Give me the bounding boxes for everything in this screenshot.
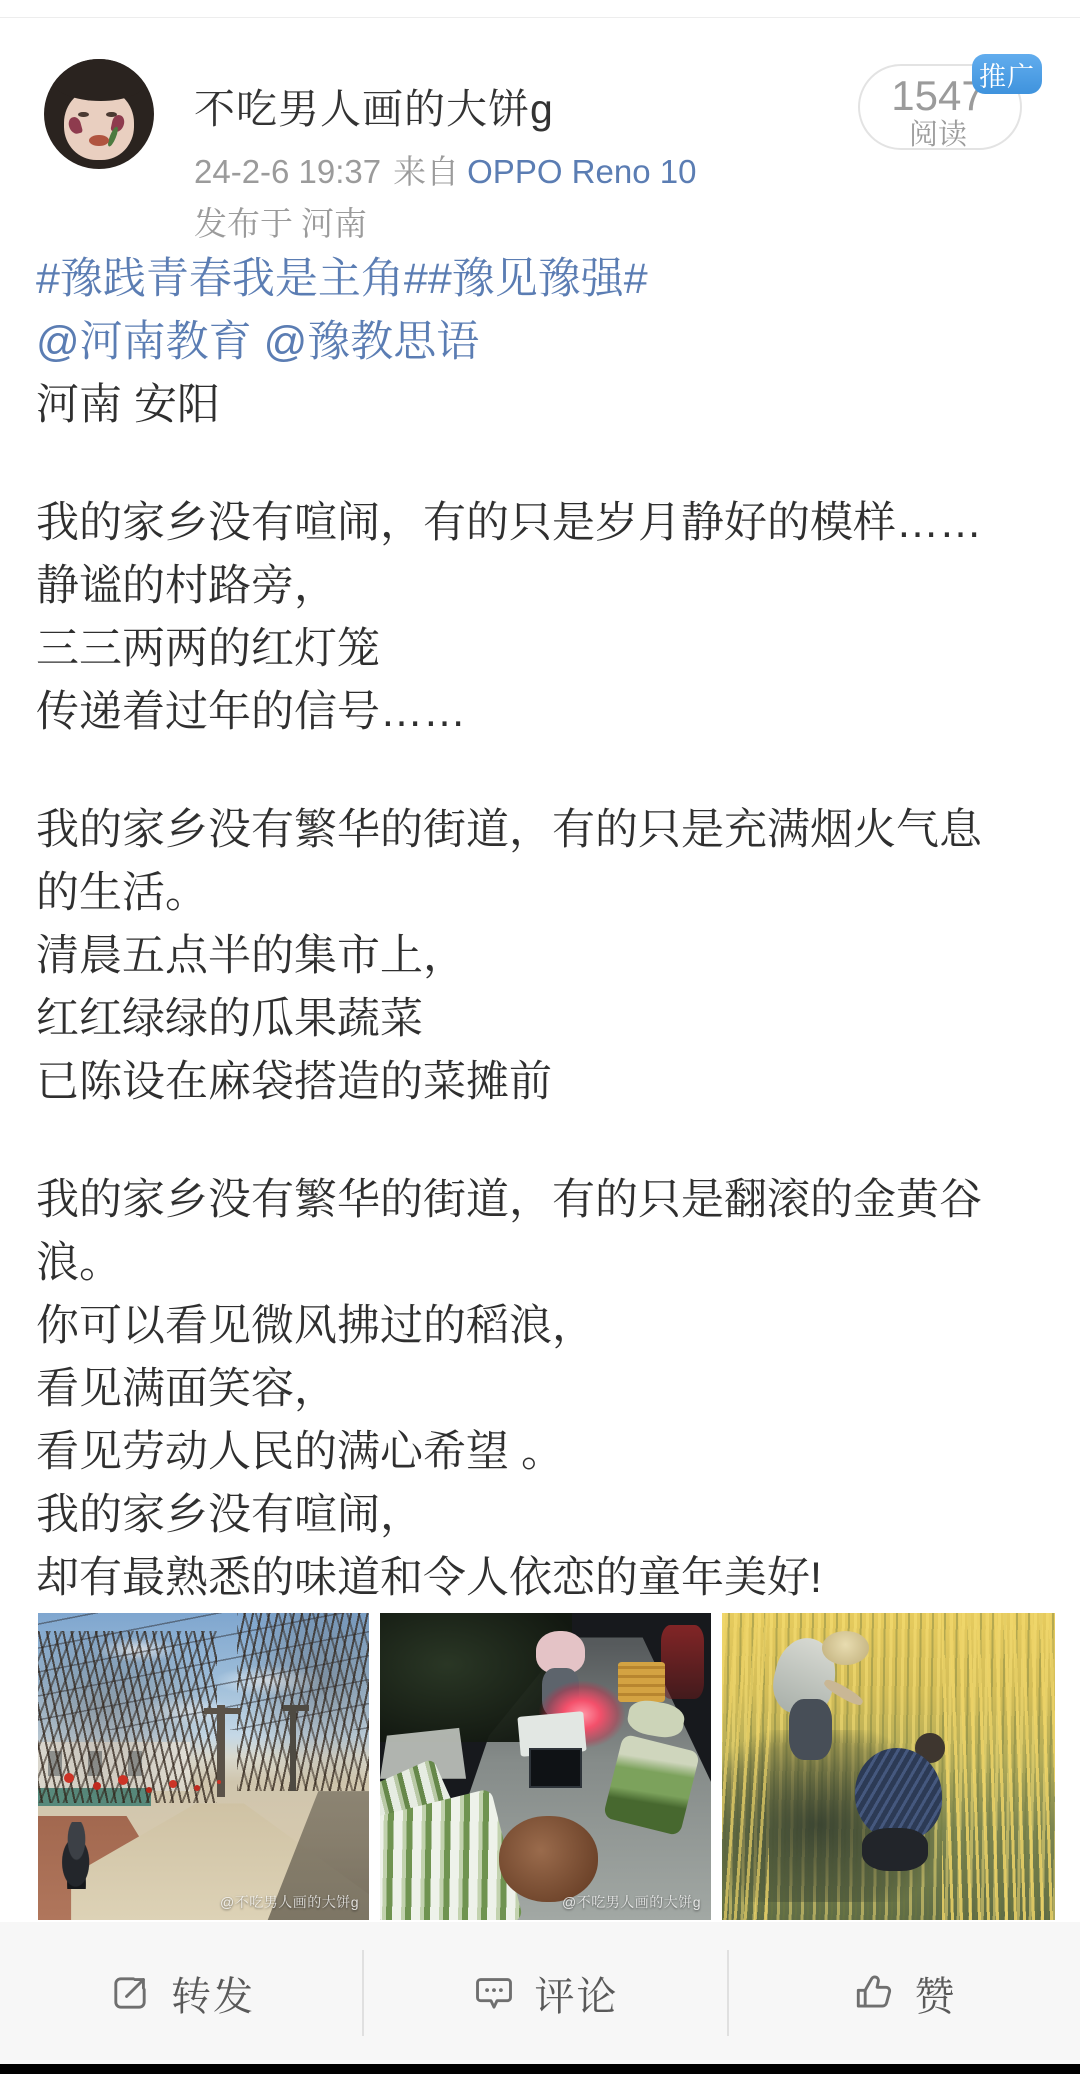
avatar-lips bbox=[89, 135, 109, 146]
reads-label: 阅读 bbox=[860, 121, 1016, 150]
post-text: #豫践青春我是主角##豫见豫强#@河南教育 @豫教思语河南 安阳我的家乡没有喧闹… bbox=[36, 248, 1044, 1610]
action-bar-divider bbox=[727, 1950, 729, 2036]
location-value: 河南 bbox=[301, 205, 367, 242]
comment-button[interactable]: 评论 bbox=[362, 1922, 727, 2064]
post-link-line[interactable]: #豫践青春我是主角##豫见豫强# bbox=[36, 248, 1044, 311]
like-icon bbox=[851, 1970, 897, 2016]
action-bar: 转发 评论 赞 bbox=[0, 1922, 1080, 2064]
timestamp: 24-2-6 19:37 bbox=[194, 153, 381, 190]
location-label: 发布于 bbox=[194, 205, 293, 242]
repost-label: 转发 bbox=[171, 1965, 255, 2022]
promoted-tag: 推广 bbox=[972, 54, 1042, 94]
post-text-line: 传递着过年的信号…… bbox=[36, 681, 1044, 744]
post-link-line[interactable]: @河南教育 @豫教思语 bbox=[36, 311, 1044, 374]
post-text-line: 我的家乡没有喧闹， bbox=[36, 1484, 1044, 1547]
tall-rice-stalks bbox=[942, 1613, 1055, 1920]
repost-button[interactable]: 转发 bbox=[0, 1922, 362, 2064]
source-device-link[interactable]: OPPO Reno 10 bbox=[467, 153, 696, 190]
post-blank-line bbox=[36, 744, 1044, 799]
utility-pole-crossarm bbox=[204, 1708, 240, 1714]
photo-watermark: @不吃男人画的大饼g bbox=[220, 1892, 359, 1912]
post-text-line: 我的家乡没有喧闹，有的只是岁月静好的模样…… bbox=[36, 492, 1044, 555]
street-lamp bbox=[290, 1705, 297, 1791]
potato-pile bbox=[499, 1816, 598, 1902]
post-image-village-street[interactable]: @不吃男人画的大饼g bbox=[38, 1613, 369, 1920]
post-text-line: 清晨五点半的集市上， bbox=[36, 925, 1044, 988]
post-text-line: 我的家乡没有繁华的街道，有的只是充满烟火气息 bbox=[36, 799, 1044, 862]
avatar[interactable] bbox=[44, 59, 154, 169]
post-text-line: 的生活。 bbox=[36, 862, 1044, 925]
tall-rice-stalks bbox=[722, 1613, 769, 1920]
post-text-line: 静谧的村路旁， bbox=[36, 555, 1044, 618]
straw-hat bbox=[822, 1631, 869, 1665]
post-blank-line bbox=[36, 1114, 1044, 1169]
farmer-crouching bbox=[855, 1748, 942, 1840]
post-text-line: 看见满面笑容， bbox=[36, 1358, 1044, 1421]
post-text-line: 却有最熟悉的味道和令人依恋的童年美好! bbox=[36, 1547, 1044, 1610]
username[interactable]: 不吃男人画的大饼g bbox=[194, 76, 554, 135]
post-text-line: 看见劳动人民的满心希望 。 bbox=[36, 1421, 1044, 1484]
post-text-line: 已陈设在麻袋搭造的菜摊前 bbox=[36, 1051, 1044, 1114]
weibo-post-card: 不吃男人画的大饼g 24-2-6 19:37来自OPPO Reno 10 发布于… bbox=[0, 0, 1080, 2074]
top-divider bbox=[0, 17, 1080, 18]
bare-trees bbox=[237, 1613, 369, 1791]
post-meta: 24-2-6 19:37来自OPPO Reno 10 bbox=[194, 146, 696, 193]
action-bar-divider bbox=[362, 1950, 364, 2036]
farmer-crouching-legs bbox=[862, 1828, 929, 1871]
post-blank-line bbox=[36, 437, 1044, 492]
post-text-line: 浪。 bbox=[36, 1232, 1044, 1295]
utility-pole bbox=[217, 1705, 225, 1797]
post-text-line: 三三两两的红灯笼 bbox=[36, 618, 1044, 681]
avatar-hair bbox=[51, 59, 148, 101]
source-label: 来自 bbox=[393, 153, 459, 190]
post-text-line: 你可以看见微风拂过的稻浪， bbox=[36, 1295, 1044, 1358]
repost-icon bbox=[107, 1970, 153, 2016]
like-label: 赞 bbox=[915, 1965, 957, 2022]
post-text-line: 红红绿绿的瓜果蔬菜 bbox=[36, 988, 1044, 1051]
screen-bottom-strip bbox=[0, 2064, 1080, 2074]
comment-label: 评论 bbox=[535, 1965, 619, 2022]
corn-crate bbox=[618, 1662, 664, 1702]
location-line: 发布于河南 bbox=[194, 198, 367, 245]
comment-icon bbox=[471, 1970, 517, 2016]
photo-watermark: @不吃男人画的大饼g bbox=[562, 1892, 701, 1912]
street-lamp-arm bbox=[283, 1705, 309, 1711]
red-motorbike bbox=[661, 1625, 704, 1699]
like-button[interactable]: 赞 bbox=[727, 1922, 1080, 2064]
post-text-line: 河南 安阳 bbox=[36, 374, 1044, 437]
post-image-rice-field[interactable] bbox=[722, 1613, 1055, 1920]
post-text-line: 我的家乡没有繁华的街道，有的只是翻滚的金黄谷 bbox=[36, 1169, 1044, 1232]
farmer-pants bbox=[789, 1699, 832, 1760]
scooter bbox=[55, 1822, 98, 1890]
black-box bbox=[529, 1748, 582, 1788]
post-image-night-market[interactable]: @不吃男人画的大饼g bbox=[380, 1613, 711, 1920]
